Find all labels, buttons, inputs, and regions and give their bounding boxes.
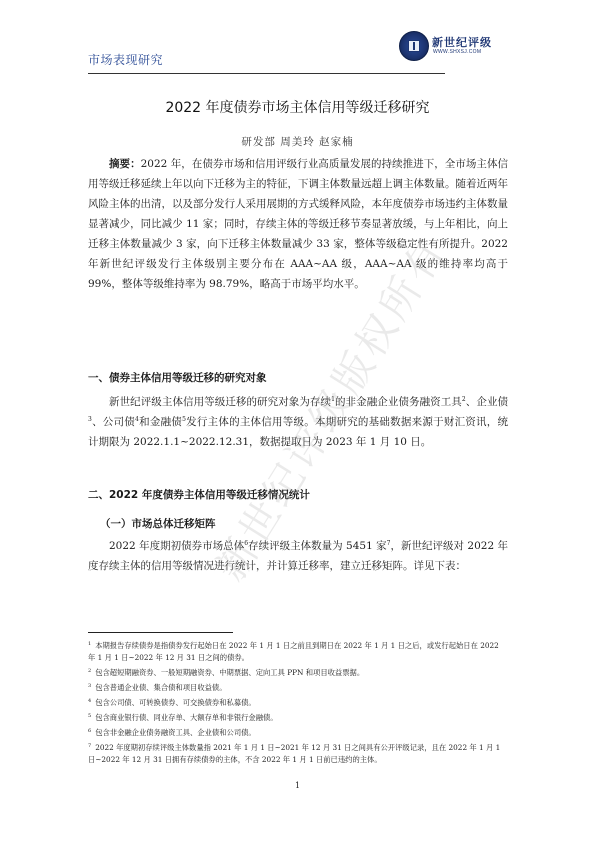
abstract-text: 2022 年，在债券市场和信用评级行业高质量发展的持续推进下，全市场主体信用等级… <box>88 158 508 290</box>
footnote-text: 本期报告存续债券是指债券发行起始日在 2022 年 1 月 1 日之前且到期日在… <box>88 641 499 662</box>
text-run: 新世纪评级主体信用等级迁移的研究对象为存续 <box>109 396 331 408</box>
footnote-number: 7 <box>88 743 91 749</box>
footnote-number: 5 <box>88 713 91 719</box>
text-run: 、企业债 <box>466 396 508 408</box>
text-run: 、公司债 <box>92 416 135 428</box>
footnotes: 1本期报告存续债券是指债券发行起始日在 2022 年 1 月 1 日之前且到期日… <box>88 640 508 769</box>
footnote-text: 包含普通企业债、集合债和项目收益债。 <box>95 683 226 692</box>
document-title: 2022 年度债券市场主体信用等级迁移研究 <box>0 97 595 117</box>
document-authors: 研发部 周美玲 赵家楠 <box>0 134 595 149</box>
footnote-number: 3 <box>88 683 91 689</box>
section-heading-1: 一、债券主体信用等级迁移的研究对象 <box>88 370 267 385</box>
section1-paragraph: 新世纪评级主体信用等级迁移的研究对象为存续1的非金融企业债务融资工具2、企业债3… <box>88 392 508 452</box>
footnote-6: 6包含非金融企业债务融资工具、企业债和公司债。 <box>88 727 508 739</box>
logo-name: 新世纪评级 <box>432 34 492 50</box>
footnote-number: 2 <box>88 668 91 674</box>
text-run: 的非金融企业债务融资工具 <box>335 396 462 408</box>
footnote-3: 3包含普通企业债、集合债和项目收益债。 <box>88 682 508 694</box>
footnote-4: 4包含公司债、可转换债券、可交换债券和私募债。 <box>88 697 508 709</box>
text-run: 2022 年度期初债券市场总体 <box>109 540 244 552</box>
abstract-label: 摘要： <box>109 158 141 170</box>
logo-emblem-icon <box>399 31 429 61</box>
footnote-number: 1 <box>88 641 91 647</box>
section-heading-2: 二、2022 年度债券主体信用等级迁移情况统计 <box>88 487 310 502</box>
footnote-text: 包含公司债、可转换债券、可交换债券和私募债。 <box>95 698 256 707</box>
footnote-1: 1本期报告存续债券是指债券发行起始日在 2022 年 1 月 1 日之前且到期日… <box>88 640 508 664</box>
footnote-5: 5包含商业银行债、同业存单、大额存单和非银行金融债。 <box>88 712 508 724</box>
footnote-7: 72022 年度期初存续评级主体数量指 2021 年 1 月 1 日~2021 … <box>88 742 508 766</box>
footnote-number: 6 <box>88 728 91 734</box>
footnote-text: 2022 年度期初存续评级主体数量指 2021 年 1 月 1 日~2021 年… <box>88 743 500 764</box>
abstract-paragraph: 摘要：2022 年，在债券市场和信用评级行业高质量发展的持续推进下，全市场主体信… <box>88 154 508 294</box>
section2-paragraph: 2022 年度期初债券市场总体6存续评级主体数量为 5451 家7，新世纪评级对… <box>88 536 508 576</box>
footnote-text: 包含超短期融资券、一般短期融资券、中期票据、定向工具 PPN 和项目收益票据。 <box>95 668 364 677</box>
logo-url: WWW.SHXSJ.COM <box>433 49 481 55</box>
footnote-text: 包含商业银行债、同业存单、大额存单和非银行金融债。 <box>95 713 277 722</box>
footnote-divider <box>88 632 233 633</box>
header-section-title: 市场表现研究 <box>88 51 163 68</box>
footnote-text: 包含非金融企业债务融资工具、企业债和公司债。 <box>95 728 256 737</box>
logo-emblem-mark <box>408 40 420 52</box>
text-run: 存续评级主体数量为 5451 家 <box>248 540 387 552</box>
subsection-heading: （一）市场总体迁移矩阵 <box>100 516 216 531</box>
footnote-number: 4 <box>88 698 91 704</box>
header-divider <box>88 73 445 74</box>
page-number: 1 <box>0 781 595 790</box>
text-run: 和金融债 <box>139 416 182 428</box>
company-logo: 新世纪评级 WWW.SHXSJ.COM <box>399 31 511 63</box>
page-header: 市场表现研究 <box>88 30 445 74</box>
footnote-2: 2包含超短期融资券、一般短期融资券、中期票据、定向工具 PPN 和项目收益票据。 <box>88 667 508 679</box>
